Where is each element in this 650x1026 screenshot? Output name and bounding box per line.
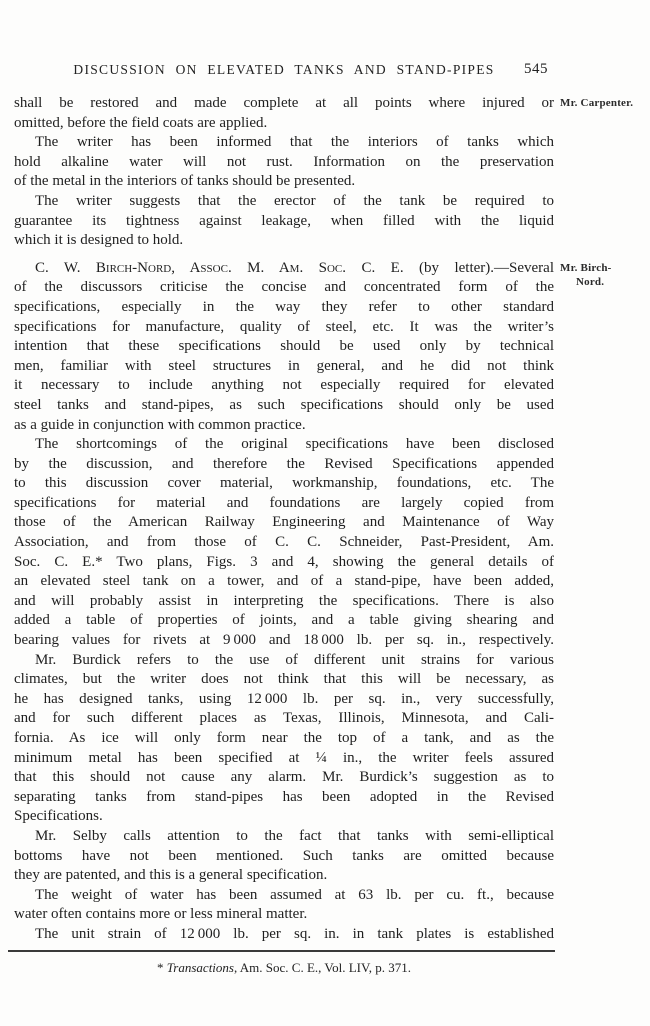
text-segment: intention that these specifications shou…	[14, 338, 554, 354]
margin-note-line: Mr. Birch-	[560, 261, 650, 275]
text-line: climates, but the writer does not think …	[14, 670, 554, 690]
text-line: as a guide in conjunction with common pr…	[14, 416, 554, 436]
text-segment: The writer has been informed that the in…	[35, 134, 554, 150]
text-segment: The shortcomings of the original specifi…	[35, 436, 554, 452]
text-line: he has designed tanks, using 12 000 lb. …	[14, 690, 554, 710]
text-segment: fornia. As ice will only form near the t…	[14, 730, 554, 746]
text-segment: Specifications.	[14, 808, 103, 824]
text-segment: that this should not cause any alarm. Mr…	[14, 769, 554, 785]
text-segment: and for such different places as Texas, …	[14, 710, 554, 726]
text-line: Mr. Burdick refers to the use of differe…	[14, 651, 554, 671]
text-line: The unit strain of 12 000 lb. per sq. in…	[14, 925, 554, 945]
italic-text: Transactions	[167, 960, 234, 975]
text-line: The writer has been informed that the in…	[14, 133, 554, 153]
text-segment: shall be restored and made complete at a…	[14, 95, 554, 111]
text-segment: separating tanks from stand-pipes has be…	[14, 789, 554, 805]
margin-note-line: Nord.	[576, 275, 650, 289]
text-segment: men, familiar with steel structures in g…	[14, 358, 554, 374]
text-line: The shortcomings of the original specifi…	[14, 435, 554, 455]
text-segment: specifications, especially in the way th…	[14, 299, 554, 315]
text-line: which it is designed to hold.	[14, 231, 554, 251]
text-line: an elevated steel tank on a tower, and o…	[14, 572, 554, 592]
text-segment: Mr. Burdick refers to the use of differe…	[35, 652, 554, 668]
text-line: shall be restored and made complete at a…	[14, 94, 554, 114]
text-segment: , Am. Soc. C. E., Vol. LIV, p. 371.	[234, 960, 411, 975]
text-line: water often contains more or less minera…	[14, 905, 554, 925]
text-line: C. W. Birch-Nord, Assoc. M. Am. Soc. C. …	[14, 259, 554, 279]
footnote-text: * Transactions, Am. Soc. C. E., Vol. LIV…	[14, 960, 554, 976]
running-head-title: DISCUSSION ON ELEVATED TANKS AND STAND-P…	[14, 62, 554, 78]
text-segment: *	[157, 960, 167, 975]
text-line: omitted, before the field coats are appl…	[14, 114, 554, 134]
text-segment: by the discussion, and therefore the Rev…	[14, 456, 554, 472]
text-segment: climates, but the writer does not think …	[14, 671, 554, 687]
text-line: those of the American Railway Engineerin…	[14, 513, 554, 533]
text-segment: he has designed tanks, using 12 000 lb. …	[14, 691, 554, 707]
text-segment: of the metal in the interiors of tanks s…	[14, 173, 355, 189]
text-line: by the discussion, and therefore the Rev…	[14, 455, 554, 475]
text-segment: Association, and from those of C. C. Sch…	[14, 534, 554, 550]
text-line: men, familiar with steel structures in g…	[14, 357, 554, 377]
text-segment: added a table of properties of joints, a…	[14, 612, 554, 628]
text-segment: omitted, before the field coats are appl…	[14, 115, 267, 131]
text-segment: those of the American Railway Engineerin…	[14, 514, 554, 530]
footnote: * Transactions, Am. Soc. C. E., Vol. LIV…	[14, 950, 554, 976]
text-segment: water often contains more or less minera…	[14, 906, 307, 922]
smallcaps-text: C. W. Birch-Nord, Assoc. M. Am. Soc. C. …	[35, 260, 404, 276]
text-line: separating tanks from stand-pipes has be…	[14, 788, 554, 808]
paragraph: The weight of water has been assumed at …	[14, 886, 554, 925]
text-segment: The unit strain of 12 000 lb. per sq. in…	[35, 926, 554, 942]
text-segment: minimum metal has been specified at ¼ in…	[14, 750, 554, 766]
text-segment: an elevated steel tank on a tower, and o…	[14, 573, 554, 589]
text-segment: and will probably assist in interpreting…	[14, 593, 554, 609]
text-line: specifications, especially in the way th…	[14, 298, 554, 318]
text-line: added a table of properties of joints, a…	[14, 611, 554, 631]
text-segment: bottoms have not been mentioned. Such ta…	[14, 848, 554, 864]
text-line: steel tanks and stand-pipes, as such spe…	[14, 396, 554, 416]
margin-note-line: Mr. Carpenter.	[560, 96, 650, 110]
text-line: it necessary to include anything not esp…	[14, 376, 554, 396]
text-line: to this discussion cover material, workm…	[14, 474, 554, 494]
text-segment: The writer suggests that the erector of …	[35, 193, 554, 209]
text-line: specifications for material and foundati…	[14, 494, 554, 514]
page-number: 545	[514, 61, 548, 78]
text-line: and for such different places as Texas, …	[14, 709, 554, 729]
margin-note: Mr. Birch-Nord.	[560, 261, 650, 289]
paragraph: Mr. Burdick refers to the use of differe…	[14, 651, 554, 827]
paragraph: The unit strain of 12 000 lb. per sq. in…	[14, 925, 554, 945]
text-line: Mr. Selby calls attention to the fact th…	[14, 827, 554, 847]
text-segment: steel tanks and stand-pipes, as such spe…	[14, 397, 554, 413]
text-line: bearing values for rivets at 9 000 and 1…	[14, 631, 554, 651]
text-line: guarantee its tightness against leakage,…	[14, 212, 554, 232]
paragraph: Mr. Birch-Nord.C. W. Birch-Nord, Assoc. …	[14, 259, 554, 435]
paragraph: The writer has been informed that the in…	[14, 133, 554, 192]
text-line: The weight of water has been assumed at …	[14, 886, 554, 906]
text-line: Specifications.	[14, 807, 554, 827]
body-text: Mr. Carpenter.shall be restored and made…	[14, 94, 554, 945]
text-line: The writer suggests that the erector of …	[14, 192, 554, 212]
text-segment: hold alkaline water will not rust. Infor…	[14, 154, 554, 170]
text-line: they are patented, and this is a general…	[14, 866, 554, 886]
text-segment: bearing values for rivets at 9 000 and 1…	[14, 632, 554, 648]
text-line: fornia. As ice will only form near the t…	[14, 729, 554, 749]
text-segment: of the discussors criticise the concise …	[14, 279, 554, 295]
text-line: Soc. C. E.* Two plans, Figs. 3 and 4, sh…	[14, 553, 554, 573]
text-segment: it necessary to include anything not esp…	[14, 377, 554, 393]
text-line: intention that these specifications shou…	[14, 337, 554, 357]
text-line: of the discussors criticise the concise …	[14, 278, 554, 298]
footnote-rule	[8, 950, 555, 952]
text-segment: The weight of water has been assumed at …	[35, 887, 554, 903]
document-page: DISCUSSION ON ELEVATED TANKS AND STAND-P…	[0, 0, 650, 1026]
text-segment: specifications for material and foundati…	[14, 495, 554, 511]
text-line: that this should not cause any alarm. Mr…	[14, 768, 554, 788]
text-line: and will probably assist in interpreting…	[14, 592, 554, 612]
text-segment: (by letter).—Several	[404, 260, 554, 276]
text-line: Association, and from those of C. C. Sch…	[14, 533, 554, 553]
text-segment: Mr. Selby calls attention to the fact th…	[35, 828, 554, 844]
paragraph: Mr. Carpenter.shall be restored and made…	[14, 94, 554, 133]
paragraph: The writer suggests that the erector of …	[14, 192, 554, 251]
text-segment: Soc. C. E.* Two plans, Figs. 3 and 4, sh…	[14, 554, 554, 570]
running-head: DISCUSSION ON ELEVATED TANKS AND STAND-P…	[14, 62, 554, 80]
margin-note: Mr. Carpenter.	[560, 96, 650, 110]
text-segment: they are patented, and this is a general…	[14, 867, 327, 883]
text-segment: specifications for manufacture, quality …	[14, 319, 554, 335]
text-line: bottoms have not been mentioned. Such ta…	[14, 847, 554, 867]
paragraph: The shortcomings of the original specifi…	[14, 435, 554, 651]
text-line: specifications for manufacture, quality …	[14, 318, 554, 338]
text-segment: which it is designed to hold.	[14, 232, 183, 248]
text-segment: as a guide in conjunction with common pr…	[14, 417, 306, 433]
text-line: hold alkaline water will not rust. Infor…	[14, 153, 554, 173]
text-line: minimum metal has been specified at ¼ in…	[14, 749, 554, 769]
text-line: of the metal in the interiors of tanks s…	[14, 172, 554, 192]
text-segment: to this discussion cover material, workm…	[14, 475, 554, 491]
text-segment: guarantee its tightness against leakage,…	[14, 213, 554, 229]
paragraph: Mr. Selby calls attention to the fact th…	[14, 827, 554, 886]
